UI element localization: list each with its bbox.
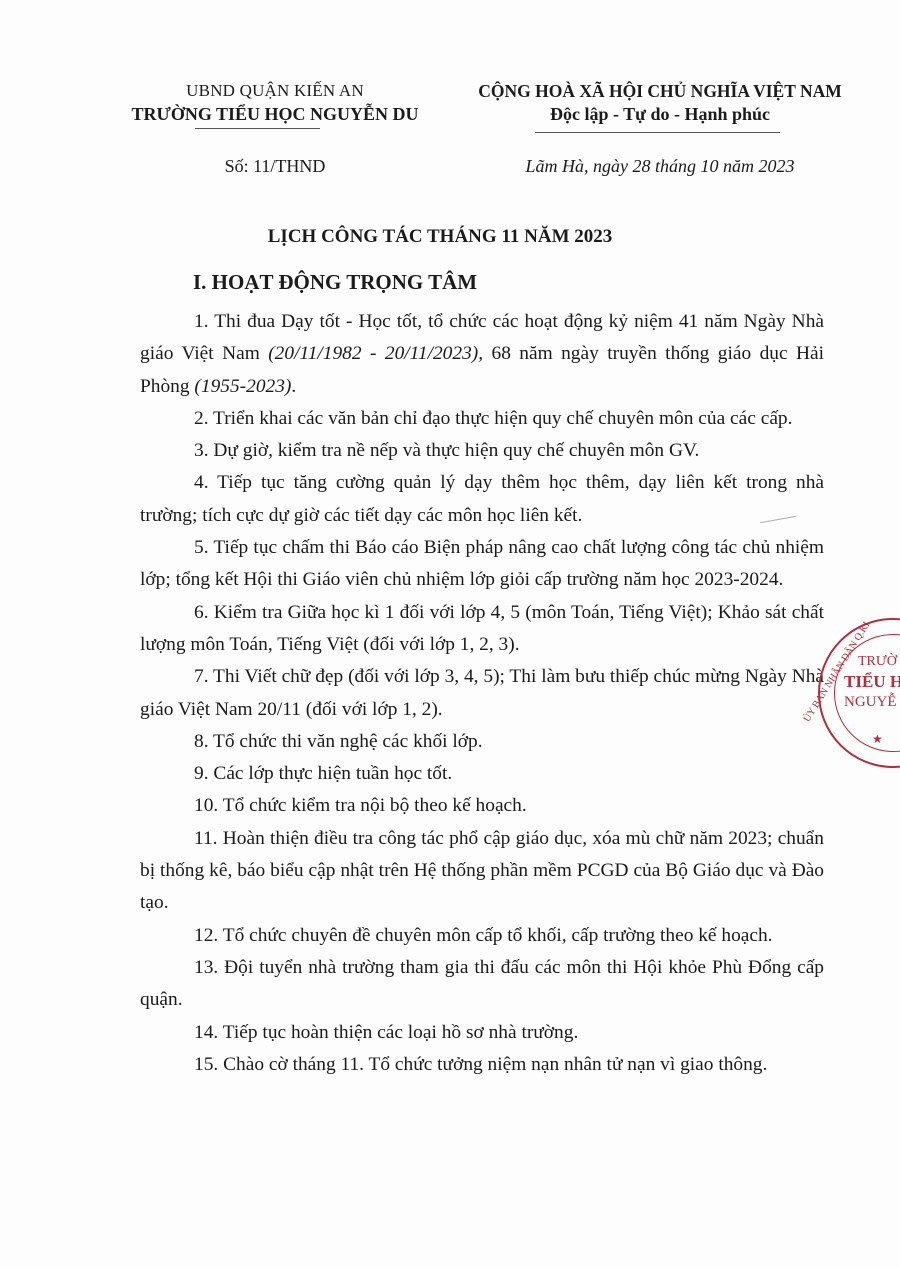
section-heading: I. HOẠT ĐỘNG TRỌNG TÂM bbox=[193, 270, 477, 295]
list-item: 9. Các lớp thực hiện tuần học tốt. bbox=[140, 758, 824, 790]
list-item: 10. Tổ chức kiểm tra nội bộ theo kế hoạc… bbox=[140, 790, 824, 822]
issuer-block: UBND QUẬN KIẾN AN TRƯỜNG TIỂU HỌC NGUYỄN… bbox=[100, 80, 450, 126]
list-item: 11. Hoàn thiện điều tra công tác phổ cập… bbox=[140, 823, 824, 920]
document-title: LỊCH CÔNG TÁC THÁNG 11 NĂM 2023 bbox=[180, 226, 700, 248]
list-item: 4. Tiếp tục tăng cường quản lý dạy thêm … bbox=[140, 467, 824, 532]
list-item: 2. Triển khai các văn bản chỉ đạo thực h… bbox=[140, 403, 824, 435]
national-header: CỘNG HOÀ XÃ HỘI CHỦ NGHĨA VIỆT NAM Độc l… bbox=[450, 80, 870, 126]
seal-text-line1: TRƯỜ bbox=[858, 654, 897, 670]
list-item: 8. Tổ chức thi văn nghệ các khối lớp. bbox=[140, 726, 824, 758]
list-item: 15. Chào cờ tháng 11. Tổ chức tưởng niệm… bbox=[140, 1049, 824, 1081]
list-item: 14. Tiếp tục hoàn thiện các loại hồ sơ n… bbox=[140, 1017, 824, 1049]
star-icon: ★ bbox=[872, 732, 883, 747]
list-item: 6. Kiểm tra Giữa học kì 1 đối với lớp 4,… bbox=[140, 597, 824, 662]
list-item: 5. Tiếp tục chấm thi Báo cáo Biện pháp n… bbox=[140, 532, 824, 597]
official-seal: ỦY BAN NHÂN DÂN Q.KI TRƯỜ TIỂU H NGUYỄ ★ bbox=[818, 618, 900, 768]
nation-name: CỘNG HOÀ XÃ HỘI CHỦ NGHĨA VIỆT NAM bbox=[450, 80, 870, 102]
list-item: 3. Dự giờ, kiểm tra nề nếp và thực hiện … bbox=[140, 435, 824, 467]
document-number: Số: 11/THND bbox=[100, 156, 450, 177]
activity-list: 1. Thi đua Dạy tốt - Học tốt, tổ chức cá… bbox=[140, 306, 824, 1081]
seal-text-line2: TIỂU H bbox=[844, 672, 900, 692]
list-item: 12. Tổ chức chuyên đề chuyên môn cấp tổ … bbox=[140, 920, 824, 952]
list-item: 7. Thi Viết chữ đẹp (đối với lớp 3, 4, 5… bbox=[140, 661, 824, 726]
national-motto: Độc lập - Tự do - Hạnh phúc bbox=[450, 102, 870, 126]
authority-name: UBND QUẬN KIẾN AN bbox=[100, 80, 450, 102]
seal-text-line3: NGUYỄ bbox=[844, 694, 897, 711]
motto-underline bbox=[535, 132, 780, 133]
issuer-underline bbox=[195, 128, 320, 129]
school-name: TRƯỜNG TIỂU HỌC NGUYỄN DU bbox=[100, 102, 450, 126]
place-and-date: Lãm Hà, ngày 28 tháng 10 năm 2023 bbox=[450, 156, 870, 177]
list-item: 1. Thi đua Dạy tốt - Học tốt, tổ chức cá… bbox=[140, 306, 824, 403]
list-item: 13. Đội tuyển nhà trường tham gia thi đấ… bbox=[140, 952, 824, 1017]
